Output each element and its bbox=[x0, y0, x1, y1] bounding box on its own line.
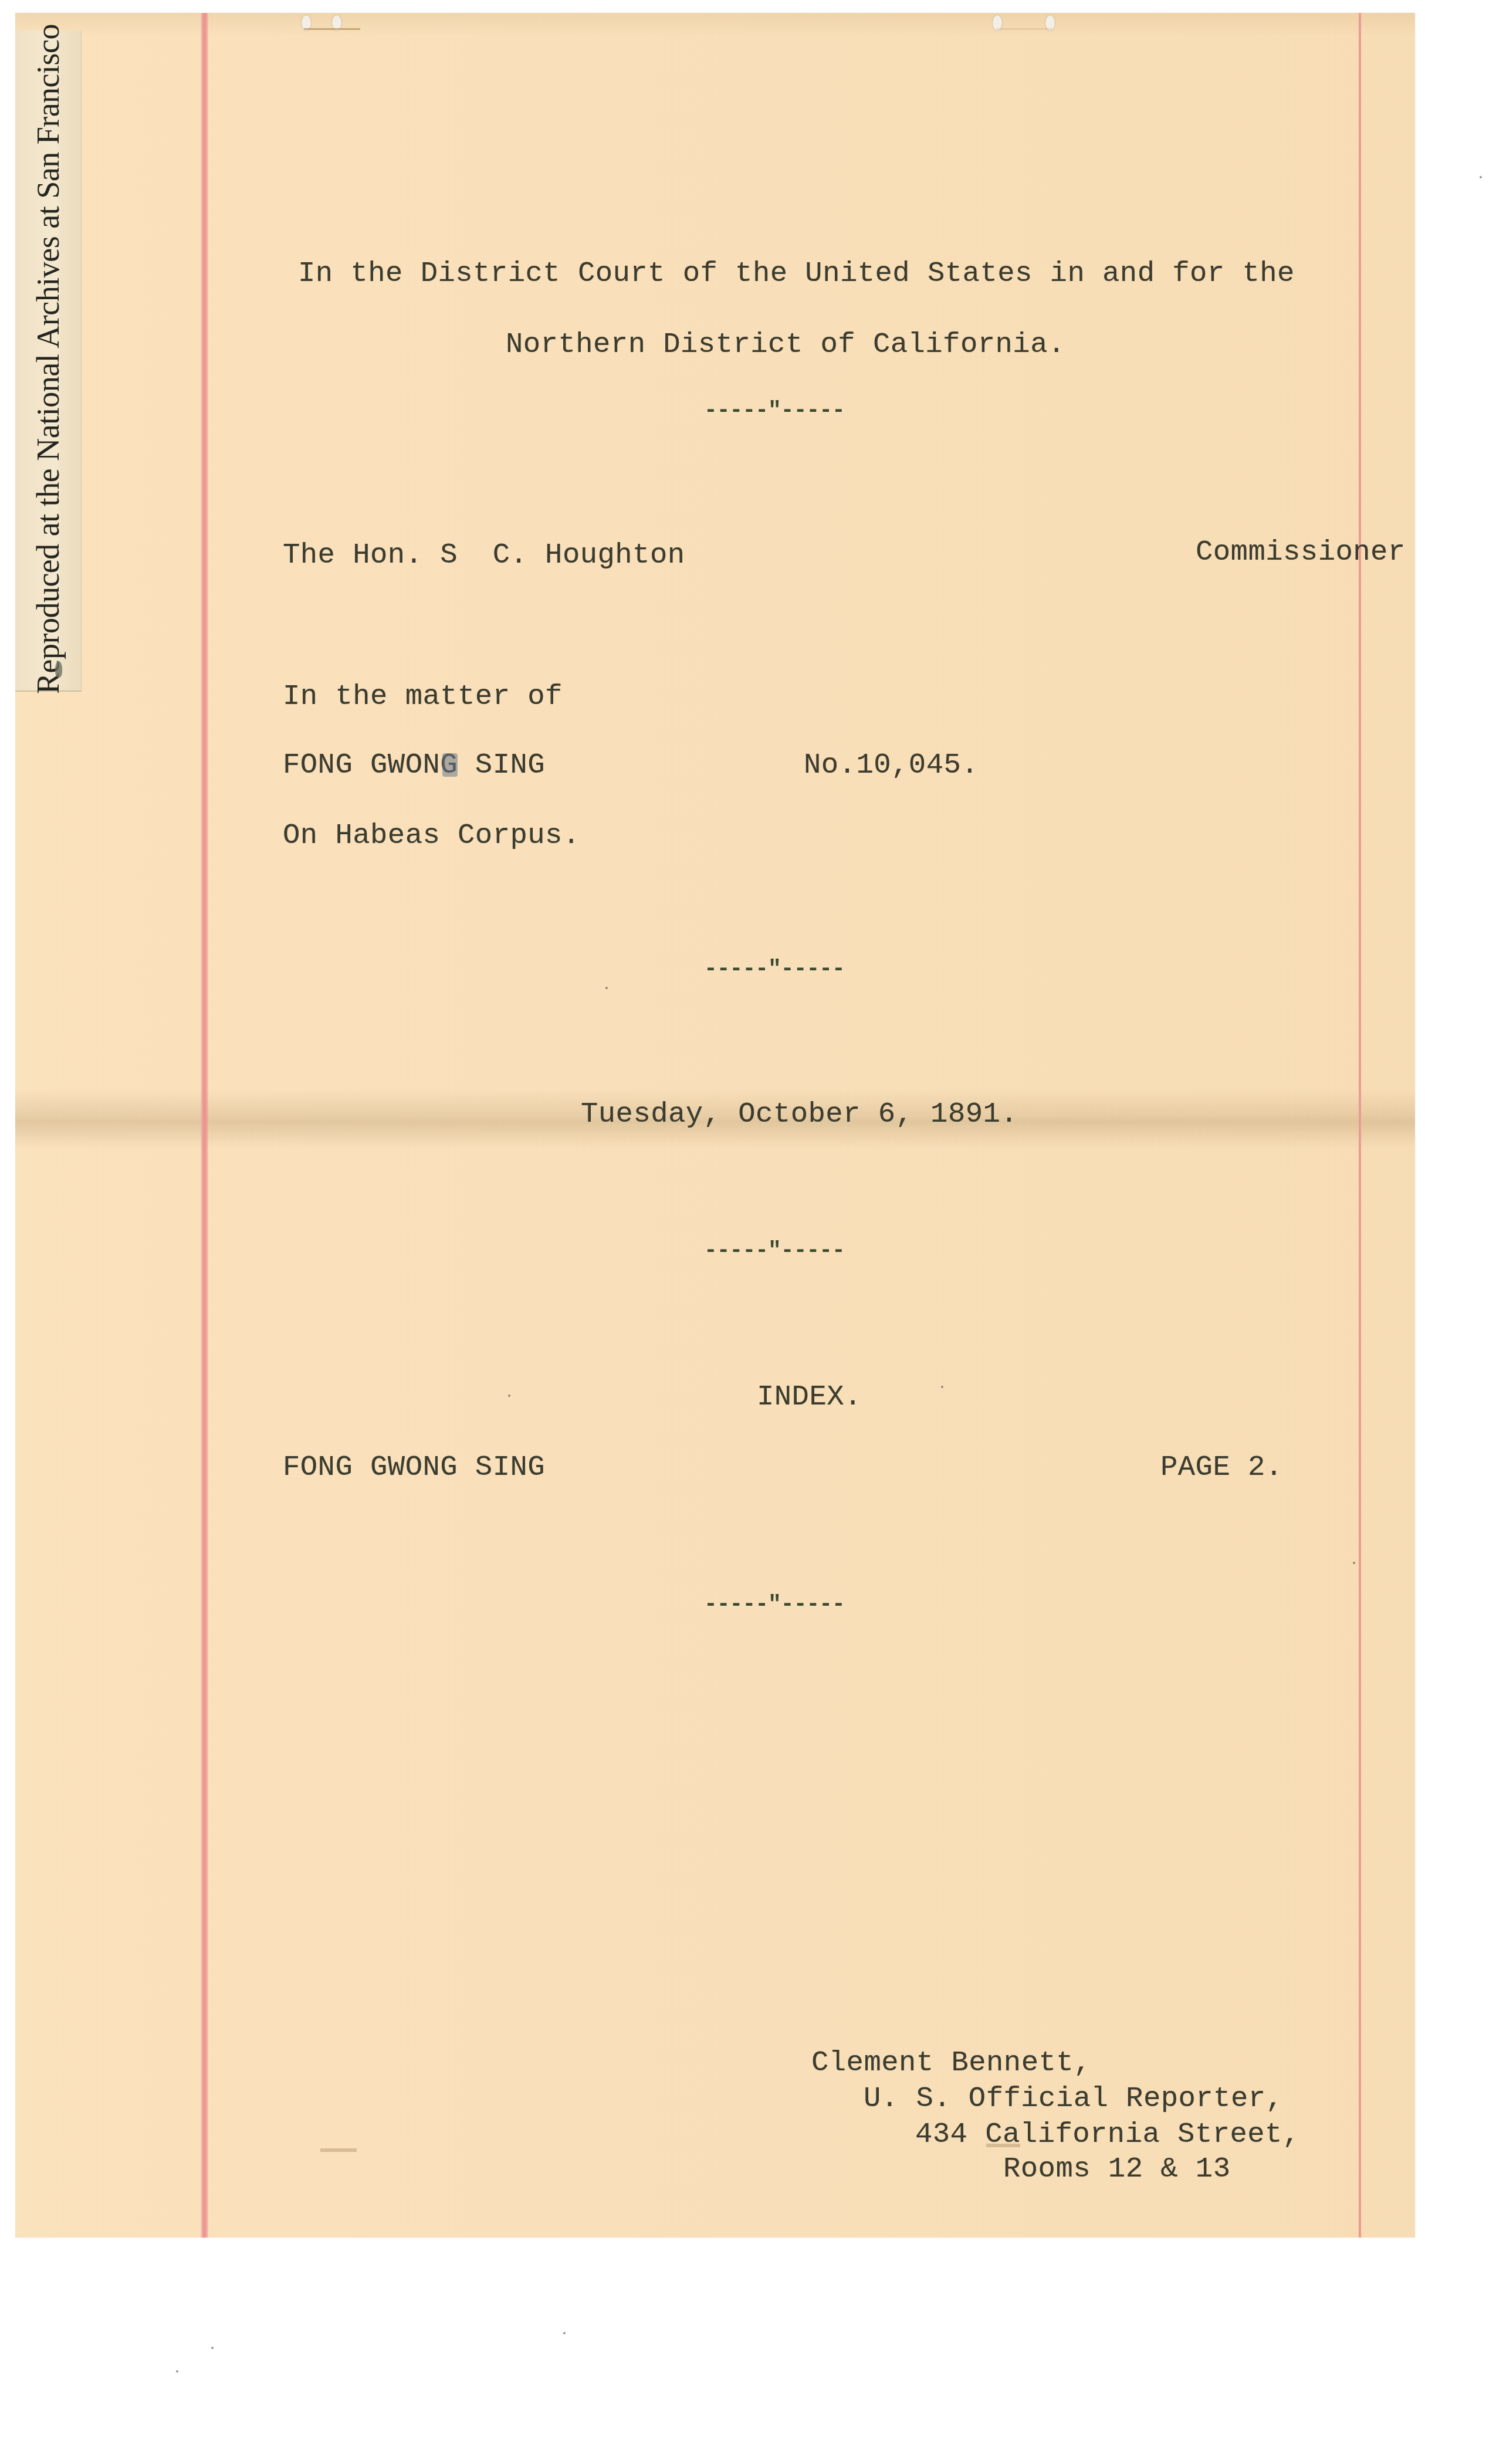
left-margin-rule bbox=[201, 13, 208, 2238]
court-header-line1: In the District Court of the United Stat… bbox=[298, 259, 1295, 288]
scan-speck bbox=[1480, 176, 1482, 178]
tape-mark-icon bbox=[55, 661, 62, 678]
commissioner-name: The Hon. S C. Houghton bbox=[283, 541, 685, 570]
document-page: Reproduced at the National Archives at S… bbox=[15, 13, 1415, 2238]
hearing-date: Tuesday, October 6, 1891. bbox=[581, 1100, 1018, 1129]
reporter-name: Clement Bennett, bbox=[811, 2049, 1091, 2077]
proceeding: On Habeas Corpus. bbox=[283, 821, 580, 850]
index-entry-name: FONG GWONG SING bbox=[283, 1453, 545, 1482]
scan-speck bbox=[563, 2332, 566, 2334]
right-margin-rule bbox=[1359, 13, 1361, 2238]
court-header-line2: Northern District of California. bbox=[506, 330, 1065, 359]
reporter-rooms: Rooms 12 & 13 bbox=[1003, 2155, 1230, 2184]
stray-mark bbox=[320, 2148, 357, 2152]
stray-mark bbox=[986, 2144, 1020, 2147]
paper-speck bbox=[605, 987, 608, 989]
archive-tape-strip: Reproduced at the National Archives at S… bbox=[15, 31, 82, 692]
commissioner-title: Commissioner bbox=[1196, 538, 1406, 567]
separator: -----"----- bbox=[704, 959, 845, 981]
paper-speck bbox=[941, 1386, 943, 1388]
reporter-address: 434 California Street, bbox=[915, 2120, 1300, 2149]
reporter-title: U. S. Official Reporter, bbox=[864, 2084, 1283, 2113]
separator: -----"----- bbox=[704, 1594, 845, 1616]
index-entry-page: PAGE 2. bbox=[1160, 1453, 1283, 1482]
fastener-hole-icon bbox=[989, 13, 1060, 36]
party-name: FONG GWONG SING bbox=[283, 751, 545, 780]
scan-speck bbox=[176, 2370, 178, 2372]
paper-speck bbox=[508, 1395, 510, 1397]
case-number: No.10,045. bbox=[804, 751, 979, 780]
index-heading: INDEX. bbox=[757, 1383, 862, 1412]
paper-speck bbox=[1353, 1562, 1355, 1564]
scan-speck bbox=[211, 2347, 214, 2349]
matter-label: In the matter of bbox=[283, 682, 563, 711]
correction-smudge bbox=[442, 753, 458, 777]
fastener-hole-icon bbox=[297, 13, 367, 36]
separator: -----"----- bbox=[704, 400, 845, 422]
archive-label: Reproduced at the National Archives at S… bbox=[30, 24, 66, 694]
separator: -----"----- bbox=[704, 1240, 845, 1263]
